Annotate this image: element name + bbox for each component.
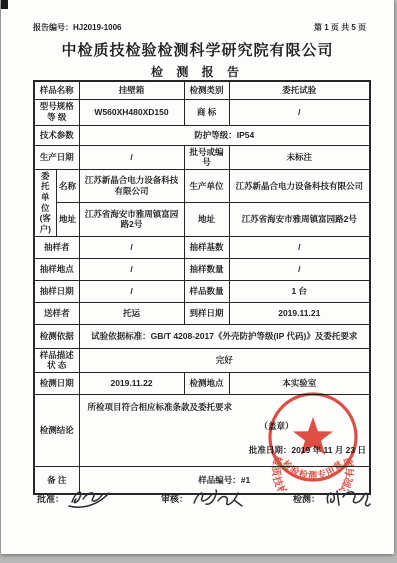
producer-addr-label: 地址 <box>184 203 229 236</box>
producer-value: 江苏新晶合电力设备科技有限公司 <box>229 169 370 202</box>
sample-date-value: / <box>79 280 184 302</box>
conclusion-label: 检测结论 <box>34 394 79 466</box>
arrive-date-label: 到样日期 <box>184 302 229 324</box>
client-name-label: 名称 <box>56 169 79 202</box>
prod-date-value: / <box>79 145 184 169</box>
sample-place-label: 抽样地点 <box>34 258 79 280</box>
approve-label: 批准： <box>37 492 64 505</box>
table-row: 型号规格 等 级 W560XH480XD150 商 标 / <box>34 99 370 125</box>
sender-value: 托运 <box>79 302 184 324</box>
desc-value: 完好 <box>79 348 370 372</box>
scan-artifact <box>1 0 8 9</box>
producer-addr-value: 江苏省海安市雅周镇富园路2号 <box>229 203 370 236</box>
approve-date-text: 批准日期：2019 年 11 月 23 日 <box>249 445 366 456</box>
page-indicator: 第 1 页 共 5 页 <box>314 22 366 33</box>
test-date-label: 检测日期 <box>34 372 79 394</box>
review-signature-group: 审核： <box>161 492 244 512</box>
report-number: 报告编号：HJ2019-1006 <box>33 22 121 33</box>
client-name-value: 江苏新晶合电力设备科技有限公司 <box>79 169 184 202</box>
report-meta: 报告编号：HJ2019-1006 第 1 页 共 5 页 <box>33 22 366 33</box>
client-addr-label: 地址 <box>56 203 79 236</box>
sample-place-value: / <box>79 258 184 280</box>
producer-label: 生产单位 <box>184 169 229 202</box>
test-date-value: 2019.11.22 <box>79 372 184 394</box>
table-row: 抽样日期 / 样品数量 1 台 <box>34 280 370 302</box>
prod-date-label: 生产日期 <box>34 145 79 169</box>
model-value: W560XH480XD150 <box>79 99 184 125</box>
table-row: 生产日期 / 批号或编号 未标注 <box>34 145 370 169</box>
table-row: 抽样地点 / 抽样数量 / <box>34 258 370 280</box>
sample-qty-value: / <box>229 258 370 280</box>
table-row: 检测依据 试验依据标准：GB/T 4208-2017《外壳防护等级(IP 代码)… <box>34 324 370 348</box>
sample-name-value: 挂壁箱 <box>79 81 184 99</box>
sender-label: 送样者 <box>34 302 79 324</box>
table-row: 抽样者 / 抽样基数 / <box>34 236 370 258</box>
table-row: 样品名称 挂壁箱 检测类别 委托试验 <box>34 81 370 99</box>
approve-signature-group: 批准： <box>37 492 112 512</box>
review-label: 审核： <box>161 492 188 505</box>
trademark-label: 商 标 <box>184 99 229 125</box>
sampler-value: / <box>79 236 184 258</box>
table-row: 委托单位(客户) 名称 江苏新晶合电力设备科技有限公司 生产单位 江苏新晶合电力… <box>34 169 370 202</box>
table-row: 检测日期 2019.11.22 检测地点 本实验室 <box>34 372 370 394</box>
client-addr-value: 江苏省海安市雅周镇富园路2号 <box>79 203 184 236</box>
report-table: 样品名称 挂壁箱 检测类别 委托试验 型号规格 等 级 W560XH480XD1… <box>33 80 371 495</box>
report-page: 报告编号：HJ2019-1006 第 1 页 共 5 页 中检质技检验检测科学研… <box>1 0 394 554</box>
batch-label: 批号或编号 <box>184 145 229 169</box>
report-number-value: HJ2019-1006 <box>73 23 121 32</box>
sample-base-label: 抽样基数 <box>184 236 229 258</box>
seal-hint-text: （盖章） <box>260 421 294 432</box>
approve-signature <box>66 486 112 512</box>
tech-param-label: 技术参数 <box>34 125 79 145</box>
conclusion-text: 所检项目符合相应标准条款及委托要求 <box>88 402 233 413</box>
table-row: 送样者 托运 到样日期 2019.11.21 <box>34 302 370 324</box>
organization-title: 中检质技检验检测科学研究院有限公司 <box>1 39 394 60</box>
sample-base-value: / <box>229 236 370 258</box>
sample-qty-label: 抽样数量 <box>184 258 229 280</box>
model-label: 型号规格 等 级 <box>34 99 79 125</box>
report-number-label: 报告编号： <box>33 23 73 32</box>
sampler-label: 抽样者 <box>34 236 79 258</box>
basis-label: 检测依据 <box>34 324 79 348</box>
table-row: 地址 江苏省海安市雅周镇富园路2号 地址 江苏省海安市雅周镇富园路2号 <box>34 203 370 236</box>
table-row: 技术参数 防护等级：IP54 <box>34 125 370 145</box>
item-qty-value: 1 台 <box>229 280 370 302</box>
document-title: 检 测 报 告 <box>1 63 394 80</box>
sample-date-label: 抽样日期 <box>34 280 79 302</box>
item-qty-label: 样品数量 <box>184 280 229 302</box>
test-place-label: 检测地点 <box>184 372 229 394</box>
test-type-label: 检测类别 <box>184 81 229 99</box>
table-row: 样品描述 状 态 完好 <box>34 348 370 372</box>
test-signature-group: 检测： <box>293 492 372 512</box>
review-signature <box>190 486 244 512</box>
test-signature <box>322 486 372 512</box>
arrive-date-value: 2019.11.21 <box>229 302 370 324</box>
trademark-value: / <box>229 99 370 125</box>
sample-name-label: 样品名称 <box>34 81 79 99</box>
signature-row: 批准： 审核： 检测： <box>37 492 372 512</box>
tech-param-value: 防护等级：IP54 <box>79 125 370 145</box>
conclusion-cell: 所检项目符合相应标准条款及委托要求 （盖章） 批准日期：2019 年 11 月 … <box>79 394 370 466</box>
desc-label: 样品描述 状 态 <box>34 348 79 372</box>
test-label: 检测： <box>293 492 320 505</box>
test-type-value: 委托试验 <box>229 81 370 99</box>
batch-value: 未标注 <box>229 145 370 169</box>
test-place-value: 本实验室 <box>229 372 370 394</box>
client-label: 委托单位(客户) <box>34 169 56 236</box>
basis-value: 试验依据标准：GB/T 4208-2017《外壳防护等级(IP 代码)》及委托要… <box>79 324 370 348</box>
table-row: 检测结论 所检项目符合相应标准条款及委托要求 （盖章） 批准日期：2019 年 … <box>34 394 370 466</box>
